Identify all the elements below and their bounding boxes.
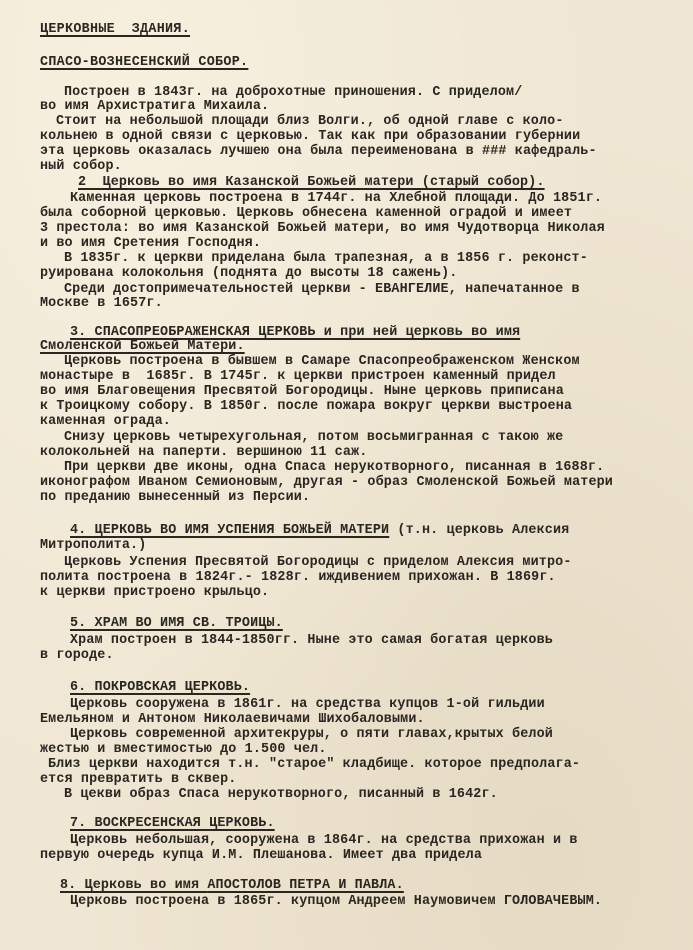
typewritten-page: ЦЕРКОВНЫЕ ЗДАНИЯ. СПАСО-ВОЗНЕСЕНСКИЙ СОБ… — [0, 0, 693, 950]
section-3-line: к Троицкому собору. В 1850г. после пожар… — [40, 399, 572, 415]
section-3-line: Снизу церковь четырехугольная, потом вос… — [64, 430, 563, 446]
section-3-line: иконографом Иваном Семионовым, другая - … — [40, 475, 613, 491]
section-8-heading-prefix: 8. Церковь во имя — [60, 878, 207, 893]
section-2-line: В 1835г. к церкви приделана была трапезн… — [64, 251, 588, 267]
section-4-heading: 4. ЦЕРКОВЬ ВО ИМЯ УСПЕНИЯ БОЖЬЕЙ МАТЕРИ — [70, 523, 389, 538]
section-6-line: Церковь сооружена в 1861г. на средства к… — [70, 697, 545, 713]
section-2-line: 3 престола: во имя Казанской Божьей мате… — [40, 221, 605, 237]
section-1-line: во имя Архистратига Михаила. — [40, 99, 269, 115]
document-title: ЦЕРКОВНЫЕ ЗДАНИЯ. — [40, 22, 190, 38]
section-4-line: к церкви пристроено крыльцо. — [40, 585, 269, 601]
section-1-line: Стоит на небольшой площади близ Волги., … — [56, 114, 564, 130]
section-3-line: монастыре в 1685г. В 1745г. к церкви при… — [40, 369, 556, 385]
section-6-heading: 6. ПОКРОВСКАЯ ЦЕРКОВЬ. — [70, 680, 250, 696]
section-2-heading: 2 Церковь во имя Казанской Божьей матери… — [78, 175, 545, 191]
section-6-line: Емельяном и Антоном Николаевичами Шихоба… — [40, 712, 425, 728]
section-7-line: первую очередь купца И.М. Плешанова. Име… — [40, 848, 482, 864]
section-4-heading-cont: Митрополита.) — [40, 538, 146, 554]
section-2-line: и во имя Сретения Господня. — [40, 236, 261, 252]
section-3-line: колокольней на паперти. вершиною 11 саж. — [40, 445, 367, 461]
section-3-line: каменная ограда. — [40, 414, 171, 430]
section-2-line: Каменная церковь построена в 1744г. на Х… — [70, 191, 602, 207]
section-3-line: по преданию вынесенный из Персии. — [40, 490, 310, 506]
section-5-line: в городе. — [40, 648, 114, 664]
section-6-line: Близ церкви находится т.н. "старое" клад… — [48, 757, 580, 773]
section-6-line: жестью и вместимостью до 1.500 чел. — [40, 742, 327, 758]
section-3-line: во имя Благовещения Пресвятой Богородицы… — [40, 384, 564, 400]
section-3-heading-cont: Смоленской Божьей Матери. — [40, 339, 245, 355]
section-1-heading: СПАСО-ВОЗНЕСЕНСКИЙ СОБОР. — [40, 55, 248, 71]
section-6-line: ется превратить в сквер. — [40, 772, 236, 788]
section-8-heading-row: 8. Церковь во имя АПОСТОЛОВ ПЕТРА И ПАВЛ… — [60, 878, 404, 894]
section-4-heading-suffix: (т.н. церковь Алексия — [389, 523, 569, 538]
section-1-line: ный собор. — [40, 159, 122, 175]
section-2-line: Москве в 1657г. — [40, 296, 163, 312]
section-1-line: эта церковь оказалась лучшею она была пе… — [40, 144, 597, 160]
section-6-line: В цекви образ Спаса нерукотворного, писа… — [64, 787, 498, 803]
section-4-line: Церковь Успения Пресвятой Богородицы с п… — [64, 555, 572, 571]
section-6-line: Церковь современной архитекруры, о пяти … — [70, 727, 553, 743]
section-2-line: руирована колокольня (поднята до высоты … — [40, 266, 457, 282]
section-8-heading: АПОСТОЛОВ ПЕТРА И ПАВЛА. — [207, 878, 403, 893]
section-3-line: Церковь построена в бывшем в Самаре Спас… — [64, 354, 580, 370]
section-5-line: Храм построен в 1844-1850гг. Ныне это са… — [70, 633, 553, 649]
section-2-line: была соборной церковью. Церковь обнесена… — [40, 206, 572, 222]
section-5-heading: 5. ХРАМ ВО ИМЯ СВ. ТРОИЦЫ. — [70, 616, 283, 632]
section-7-line: Церковь небольшая, сооружена в 1864г. на… — [70, 833, 578, 849]
section-4-line: полита построена в 1824г.- 1828г. иждиве… — [40, 570, 556, 586]
section-4-heading-row: 4. ЦЕРКОВЬ ВО ИМЯ УСПЕНИЯ БОЖЬЕЙ МАТЕРИ … — [70, 523, 569, 539]
section-1-line: кольнею в одной связи с церковью. Так ка… — [40, 129, 580, 145]
section-7-heading: 7. ВОСКРЕСЕНСКАЯ ЦЕРКОВЬ. — [70, 816, 275, 832]
section-8-line: Церковь построена в 1865г. купцом Андрее… — [70, 894, 602, 910]
section-3-line: При церкви две иконы, одна Спаса нерукот… — [64, 460, 604, 476]
